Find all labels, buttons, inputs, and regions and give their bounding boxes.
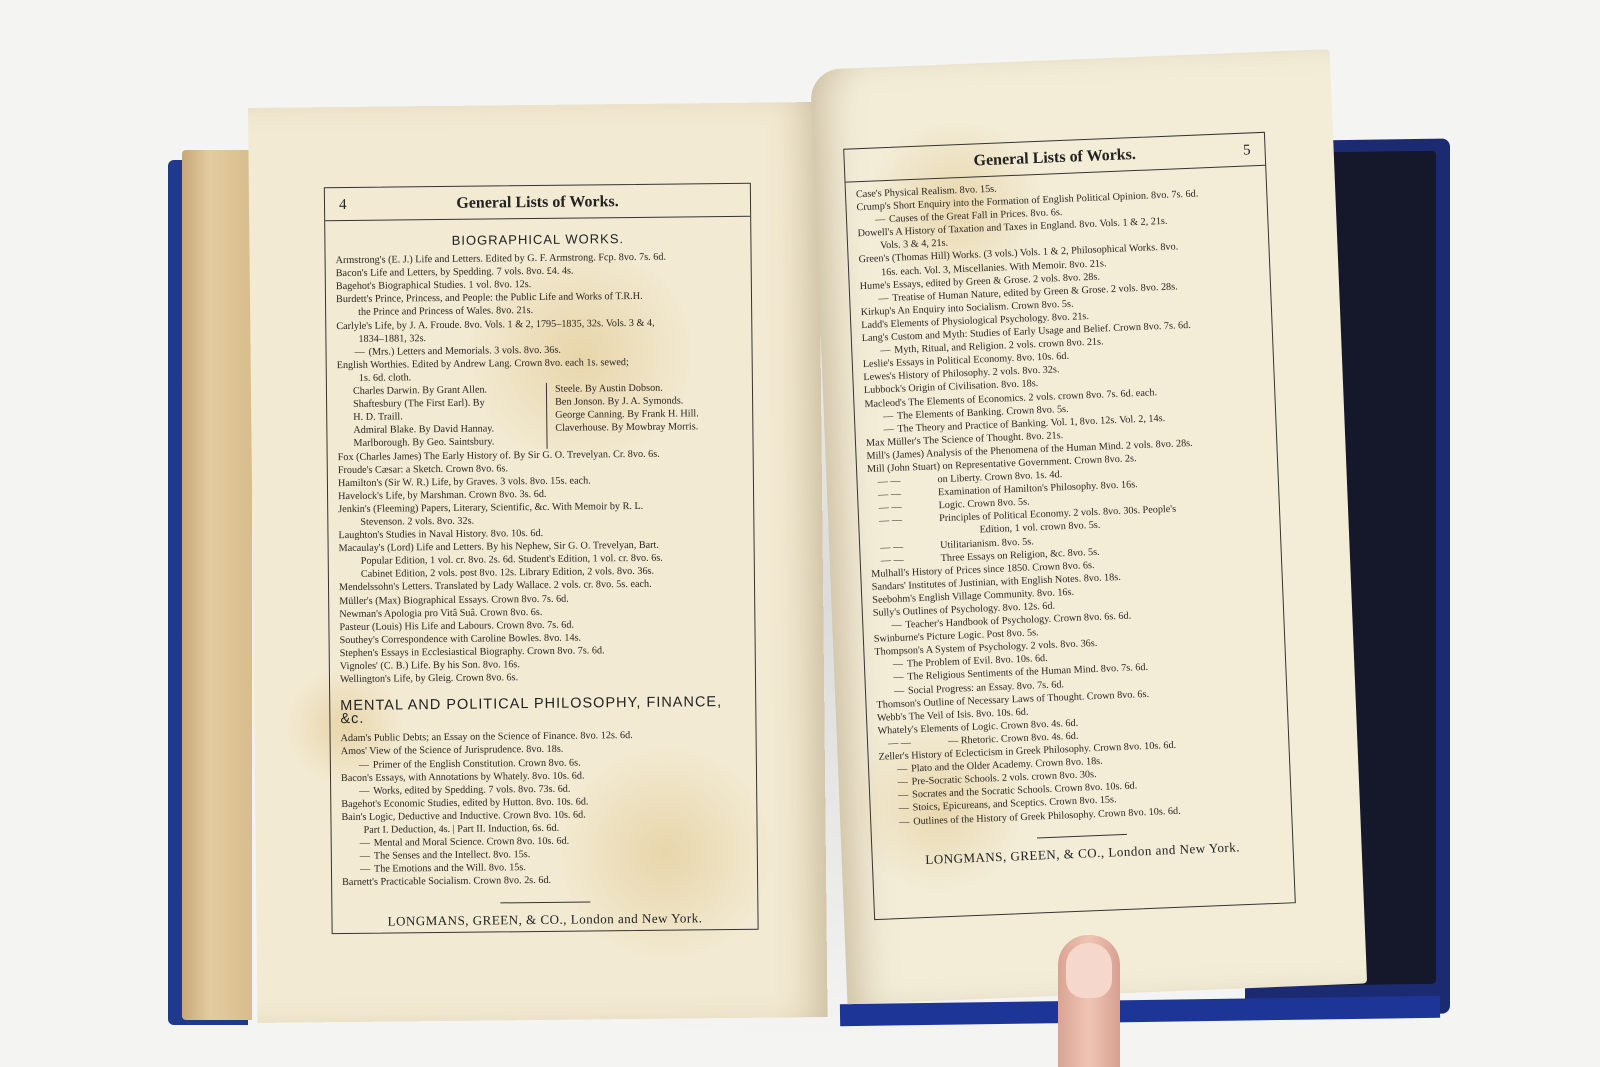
entry-text: Jenkin's (Fleeming) Papers, Literary, Sc… — [338, 501, 643, 515]
ditto-dash: — — [894, 684, 909, 698]
section-heading: MENTAL AND POLITICAL PHILOSOPHY, FINANCE… — [340, 696, 745, 726]
entry-list: Case's Physical Realism. 8vo. 15s.Crump'… — [856, 172, 1281, 829]
worthies-item: Claverhouse. By Mowbray Morris. — [555, 420, 742, 435]
ditto-dash: — — [878, 292, 893, 306]
ditto-dash: — — [883, 409, 898, 423]
entry-text: Adam's Public Debts; an Essay on the Sci… — [341, 730, 633, 744]
entry-text: (Mrs.) Letters and Memorials. 3 vols. 8v… — [369, 344, 562, 357]
entry-text: Bacon's Life and Letters, by Spedding. 7… — [336, 266, 574, 279]
entry-list: Armstrong's (E. J.) Life and Letters. Ed… — [336, 250, 742, 385]
entry-text: English Worthies. Edited by Andrew Lang.… — [337, 357, 629, 371]
entry-text: Newman's Apologia pro Vitâ Suâ. Crown 8v… — [339, 607, 542, 620]
entry-text: Armstrong's (E. J.) Life and Letters. Ed… — [336, 252, 666, 266]
ditto-dash: — — [883, 422, 898, 436]
entry-text: Southey's Correspondence with Caroline B… — [340, 632, 582, 646]
entry-text: Primer of the English Constitution. Crow… — [373, 757, 581, 770]
ditto-dash: — — [875, 213, 890, 227]
entry-text: Müller's (Max) Biographical Essays. Crow… — [339, 593, 569, 606]
ditto-dash: — — [354, 346, 368, 359]
entry-text: Burdett's Prince, Princess, and People: … — [336, 291, 643, 305]
publisher-imprint: LONGMANS, GREEN, & CO., London and New Y… — [883, 838, 1283, 867]
page-frame: 4 General Lists of Works. 0 BIOGRAPHICAL… — [324, 183, 759, 934]
publisher-imprint: LONGMANS, GREEN, & CO., London and New Y… — [342, 910, 747, 927]
ditto-dash: — — [360, 837, 374, 850]
entry-list: Adam's Public Debts; an Essay on the Sci… — [341, 728, 748, 889]
ditto-dash: — — [898, 802, 913, 816]
entry-text: Vignoles' (C. B.) Life. By his Son. 8vo.… — [340, 659, 520, 672]
ditto-dash: — — — [879, 513, 939, 528]
entry-text: Wellington's Life, by Gleig. Crown 8vo. … — [340, 672, 518, 685]
entry-text: Pasteur (Louis) His Life and Labours. Cr… — [339, 619, 574, 632]
entry-text: Stephen's Essays in Ecclesiastical Biogr… — [340, 645, 605, 659]
entry-list: Fox (Charles James) The Early History of… — [338, 446, 745, 686]
ditto-dash: — — [893, 671, 908, 685]
ditto-dash: — — [898, 789, 913, 803]
entry-text: The Emotions and the Will. 8vo. 15s. — [374, 862, 526, 875]
entry-text: 1834–1881, 32s. — [358, 333, 426, 345]
entry-text: 1s. 6d. cloth. — [359, 372, 411, 384]
right-page: 0 General Lists of Works. 5 Case's Physi… — [810, 49, 1367, 1004]
page-body: Case's Physical Realism. 8vo. 15s.Crump'… — [846, 166, 1293, 868]
ditto-dash: — — [899, 815, 914, 829]
entry-text: Fox (Charles James) The Early History of… — [338, 448, 660, 462]
ditto-dash: — — [897, 763, 912, 777]
entry-text: the Prince and Princess of Wales. 8vo. 2… — [358, 305, 533, 318]
worthies-left-column: Charles Darwin. By Grant Allen.Shaftesbu… — [353, 383, 548, 450]
entry-text: Hamilton's (Sir W. R.) Life, by Graves. … — [338, 475, 591, 489]
ditto-dash: — — [893, 658, 908, 672]
entry-text: The Senses and the Intellect. 8vo. 15s. — [374, 849, 531, 862]
page-body: BIOGRAPHICAL WORKS. Armstrong's (E. J.) … — [325, 217, 757, 928]
entry-text: Bagehot's Biographical Studies. 1 vol. 8… — [336, 279, 531, 292]
english-worthies-columns: Charles Darwin. By Grant Allen.Shaftesbu… — [353, 381, 743, 451]
left-page: 4 General Lists of Works. 0 BIOGRAPHICAL… — [248, 102, 828, 1023]
worthies-item: Marlborough. By Geo. Saintsbury. — [353, 435, 540, 450]
ditto-dash: — — [359, 758, 373, 771]
entry-text: Laughton's Studies in Naval History. 8vo… — [338, 528, 543, 541]
entry-text: Stevenson. 2 vols. 8vo. 32s. — [360, 516, 474, 528]
ditto-dash: — — [880, 344, 895, 358]
finger-holding-page — [1058, 935, 1120, 1067]
entry-text: Barnett's Practicable Socialism. Crown 8… — [342, 875, 551, 888]
entry-text: Part I. Deduction, 4s. | Part II. Induct… — [364, 823, 560, 836]
page-number: 5 — [1243, 142, 1251, 159]
entry-text: Havelock's Life, by Marshman. Crown 8vo.… — [338, 489, 546, 502]
worthies-right-column: Steele. By Austin Dobson.Ben Jonson. By … — [547, 381, 743, 449]
page-edges-left — [182, 150, 252, 1020]
ditto-dash: — — [360, 850, 374, 863]
entry-text: Mendelssohn's Letters. Translated by Lad… — [339, 579, 652, 593]
entry-text: Bacon's Essays, with Annotations by What… — [341, 770, 585, 784]
entry-text: Amos' View of the Science of Jurispruden… — [341, 744, 564, 757]
divider — [500, 901, 590, 903]
section-heading: BIOGRAPHICAL WORKS. — [335, 231, 740, 248]
entry-text: Carlyle's Life, by J. A. Froude. 8vo. Vo… — [336, 317, 654, 331]
entry-text: Works, edited by Spedding. 7 vols. 8vo. … — [373, 783, 570, 796]
running-head: 4 General Lists of Works. 0 — [325, 184, 750, 221]
running-head-title: General Lists of Works. — [346, 192, 728, 214]
ditto-dash: — — [897, 776, 912, 790]
divider — [1037, 833, 1127, 838]
entry-text: Mental and Moral Science. Crown 8vo. 10s… — [374, 836, 570, 849]
page-frame: 0 General Lists of Works. 5 Case's Physi… — [843, 132, 1296, 920]
entry-text: Froude's Cæsar: a Sketch. Crown 8vo. 6s. — [338, 463, 508, 476]
ditto-dash: — — [891, 619, 906, 633]
ditto-dash: — — [359, 784, 373, 797]
list-item: Wellington's Life, by Gleig. Crown 8vo. … — [340, 669, 745, 686]
page-number: 4 — [339, 196, 347, 213]
fingernail — [1066, 943, 1112, 998]
ditto-dash: — — [360, 863, 374, 876]
